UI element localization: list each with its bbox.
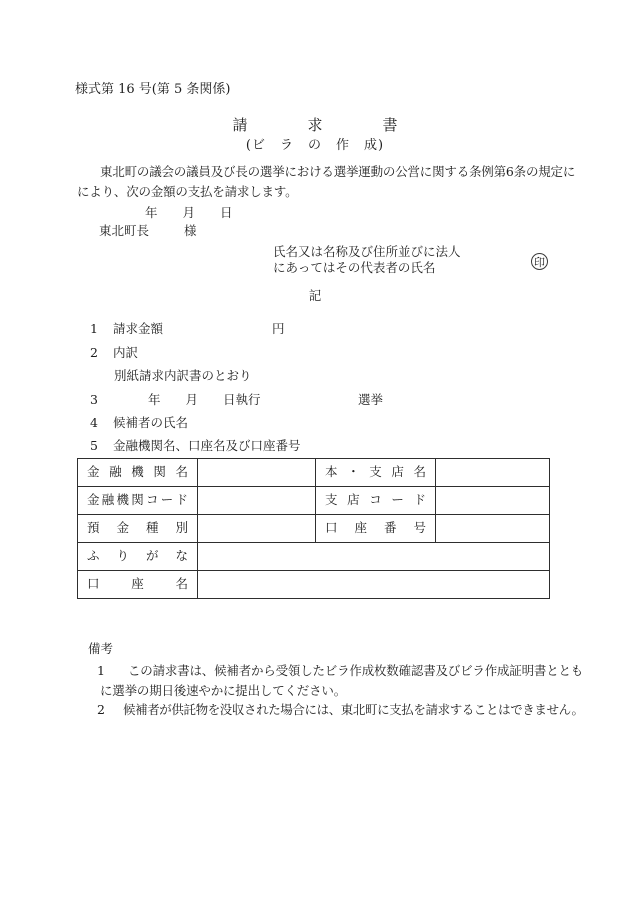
section-marker-ki: 記	[0, 288, 630, 304]
bank-account-table: 金融機関名 本・支店名 金融機関コード 支店コード 預金種別 口座番号 ふりがな…	[77, 458, 550, 599]
deposit-type-label: 預金種別	[78, 515, 198, 543]
account-number-value-cell	[436, 515, 550, 543]
item5-number: 5	[90, 438, 98, 454]
date-placeholder: 年 月 日	[145, 205, 233, 221]
branch-code-value-cell	[436, 487, 550, 515]
account-name-value-cell	[198, 571, 550, 599]
item2-detail: 別紙請求内訳書のとおり	[114, 368, 252, 384]
bank-name-label: 金融機関名	[78, 459, 198, 487]
item5-label: 金融機関名、口座名及び口座番号	[113, 438, 301, 454]
signer-note-line-1: 氏名又は名称及び住所並びに法人	[273, 244, 461, 260]
item1-label: 請求金額	[113, 321, 163, 337]
item3-number: 3	[90, 392, 98, 408]
remark1-number: 1	[97, 663, 105, 679]
remark2-text: 候補者が供託物を没収された場合には、東北町に支払を請求することはできません。	[123, 702, 584, 718]
intro-line-1: 東北町の議会の議員及び長の選挙における選挙運動の公営に関する条例第6条の規定に	[100, 164, 575, 180]
item4-number: 4	[90, 415, 98, 431]
item4-label: 候補者の氏名	[113, 415, 188, 431]
account-name-label: 口座名	[78, 571, 198, 599]
furigana-value-cell	[198, 543, 550, 571]
remarks-heading: 備考	[88, 641, 113, 657]
item1-unit: 円	[272, 321, 285, 337]
furigana-label: ふりがな	[78, 543, 198, 571]
bank-table-row-3: 預金種別 口座番号	[78, 515, 550, 543]
item2-label: 内訳	[113, 345, 138, 361]
branch-code-label: 支店コード	[316, 487, 436, 515]
intro-line-2: により、次の金額の支払を請求します。	[77, 184, 297, 200]
deposit-type-value-cell	[198, 515, 316, 543]
bank-code-value-cell	[198, 487, 316, 515]
branch-name-label: 本・支店名	[316, 459, 436, 487]
signer-note-line-2: にあってはその代表者の氏名	[273, 260, 435, 276]
item3-date-placeholder: 年 月 日執行	[148, 392, 261, 408]
document-subtitle: (ビ ラ の 作 成)	[0, 138, 630, 154]
addressee-honorific: 様	[184, 223, 197, 239]
document-title: 請 求 書	[0, 116, 630, 135]
item3-suffix: 選挙	[358, 392, 383, 408]
item2-number: 2	[90, 345, 98, 361]
bank-table-row-5: 口座名	[78, 571, 550, 599]
branch-name-value-cell	[436, 459, 550, 487]
form-number: 様式第 16 号(第 5 条関係)	[75, 82, 231, 98]
bank-table-row-4: ふりがな	[78, 543, 550, 571]
account-number-label: 口座番号	[316, 515, 436, 543]
bank-name-value-cell	[198, 459, 316, 487]
remark1-line-1: この請求書は、候補者から受領したビラ作成枚数確認書及びビラ作成証明書ととも	[128, 663, 583, 679]
seal-icon: 印	[531, 253, 548, 270]
remark1-line-2: に選挙の期日後速やかに提出してください。	[100, 683, 346, 699]
bank-table-row-1: 金融機関名 本・支店名	[78, 459, 550, 487]
bank-code-label: 金融機関コード	[78, 487, 198, 515]
request-form-page: 様式第 16 号(第 5 条関係) 請 求 書 (ビ ラ の 作 成) 東北町の…	[0, 0, 630, 903]
bank-table-row-2: 金融機関コード 支店コード	[78, 487, 550, 515]
addressee: 東北町長	[99, 223, 149, 239]
item1-number: 1	[90, 321, 98, 337]
remark2-number: 2	[97, 702, 105, 718]
